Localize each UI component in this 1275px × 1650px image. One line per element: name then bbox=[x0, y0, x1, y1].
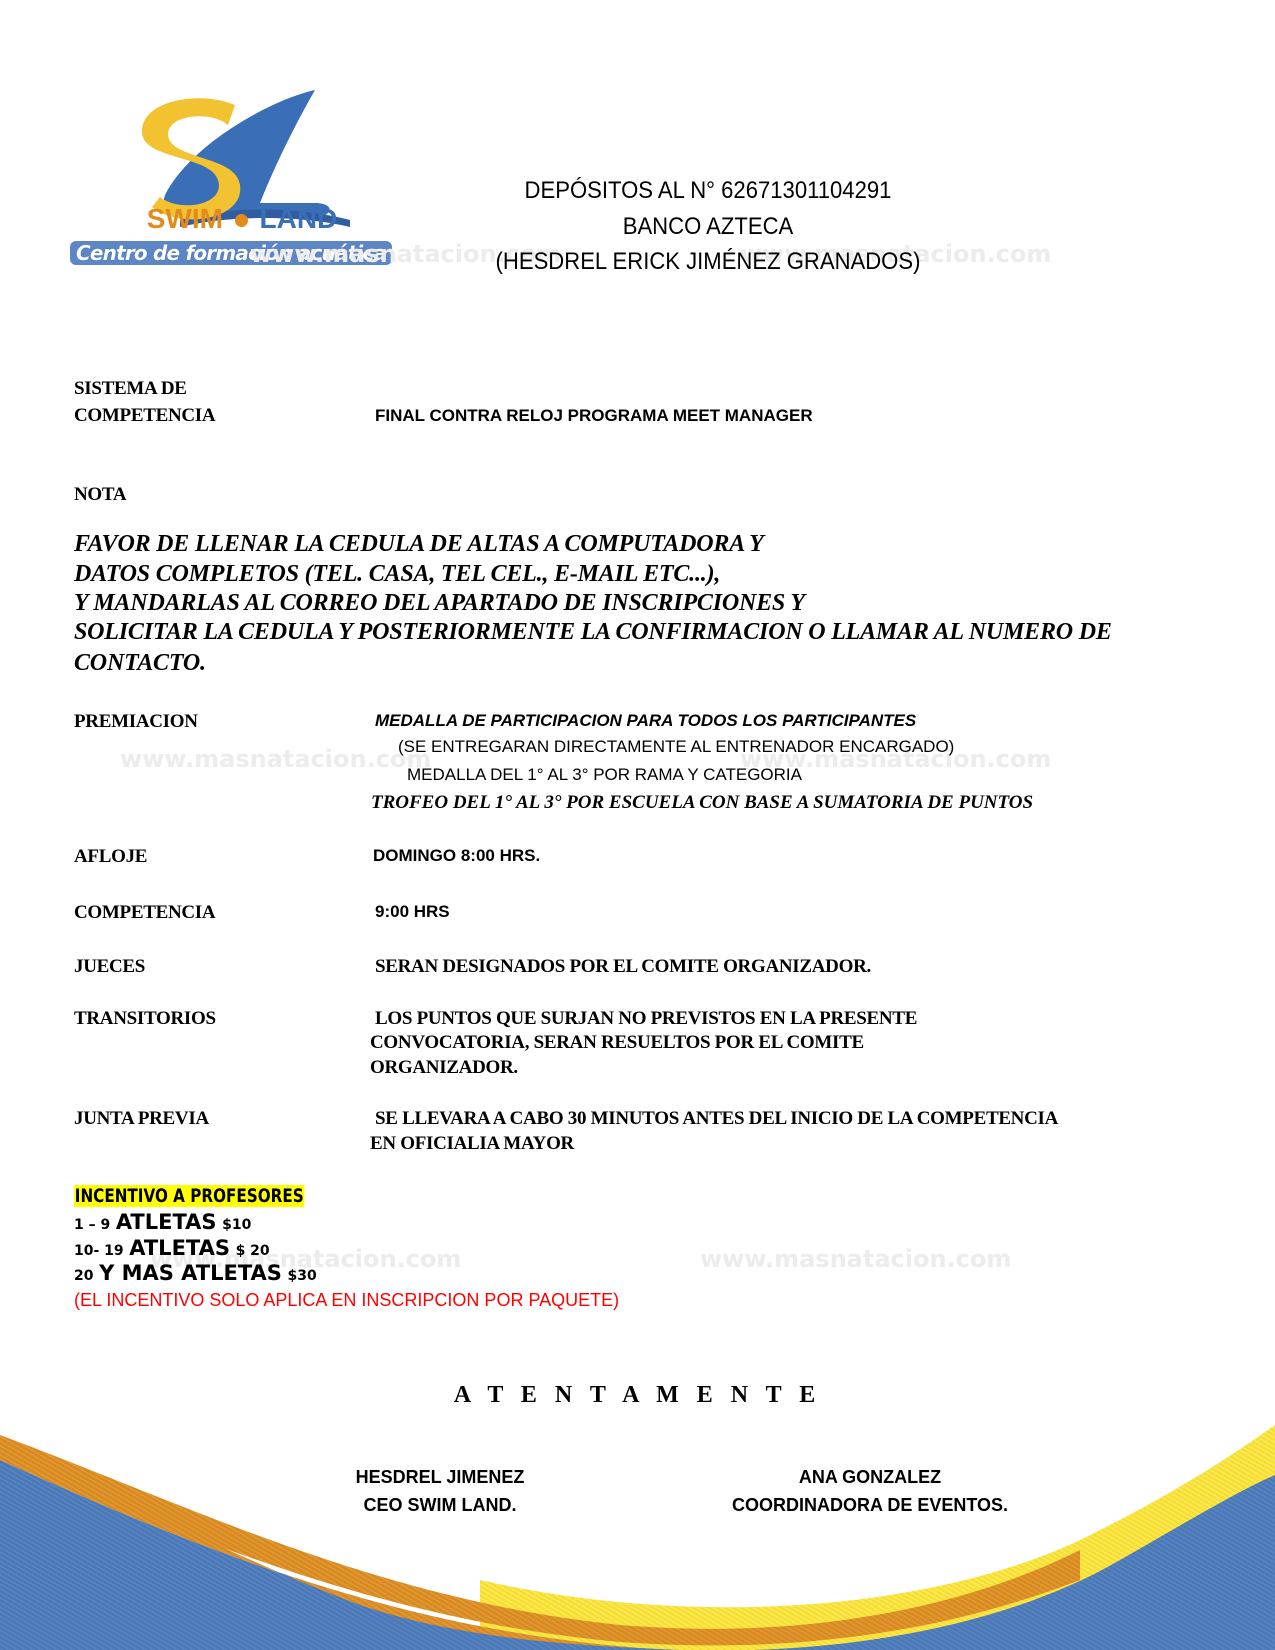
transitorios-line: CONVOCATORIA, SERAN RESUELTOS POR EL COM… bbox=[370, 1032, 864, 1054]
competencia-label: COMPETENCIA bbox=[74, 902, 215, 924]
signer-name: ANA GONZALEZ bbox=[700, 1467, 1040, 1488]
deposit-holder: (HESDREL ERICK JIMÉNEZ GRANADOS) bbox=[450, 248, 965, 276]
watermark: www.masnatacion.com bbox=[120, 745, 431, 773]
signer-title: COORDINADORA DE EVENTOS. bbox=[700, 1495, 1040, 1516]
signer-name: HESDREL JIMENEZ bbox=[320, 1467, 560, 1488]
sistema-label-1: SISTEMA DE bbox=[74, 378, 187, 400]
sistema-label-2: COMPETENCIA bbox=[74, 405, 215, 427]
deposit-account: DEPÓSITOS AL N° 62671301104291 bbox=[450, 177, 965, 205]
junta-label: JUNTA PREVIA bbox=[74, 1108, 209, 1130]
nota-label: NOTA bbox=[74, 484, 126, 506]
incentivo-note: (EL INCENTIVO SOLO APLICA EN INSCRIPCION… bbox=[74, 1290, 619, 1311]
jueces-value: SERAN DESIGNADOS POR EL COMITE ORGANIZAD… bbox=[375, 956, 871, 978]
incentivo-tier: 20 Y MAS ATLETAS $30 bbox=[74, 1261, 317, 1285]
jueces-label: JUECES bbox=[74, 956, 145, 978]
signer-title: CEO SWIM LAND. bbox=[320, 1495, 560, 1516]
logo-brand: SWIM LAND bbox=[122, 203, 362, 235]
afloje-label: AFLOJE bbox=[74, 846, 147, 868]
afloje-value: DOMINGO 8:00 HRS. bbox=[373, 846, 540, 866]
deposit-bank: BANCO AZTECA bbox=[450, 213, 965, 241]
junta-line: EN OFICIALIA MAYOR bbox=[370, 1133, 574, 1155]
premiacion-line: TROFEO DEL 1° AL 3° POR ESCUELA CON BASE… bbox=[371, 792, 1033, 814]
nota-line: DATOS COMPLETOS (TEL. CASA, TEL CEL., E-… bbox=[74, 561, 720, 588]
premiacion-line: MEDALLA DE PARTICIPACION PARA TODOS LOS … bbox=[375, 711, 916, 731]
competencia-value: 9:00 HRS bbox=[375, 902, 450, 922]
nota-line: FAVOR DE LLENAR LA CEDULA DE ALTAS A COM… bbox=[74, 531, 764, 558]
premiacion-line: (SE ENTREGARAN DIRECTAMENTE AL ENTRENADO… bbox=[398, 737, 954, 757]
footer-wave bbox=[0, 1380, 1275, 1650]
incentivo-tier: 10- 19 ATLETAS $ 20 bbox=[74, 1236, 270, 1260]
transitorios-line: ORGANIZADOR. bbox=[370, 1057, 518, 1079]
transitorios-label: TRANSITORIOS bbox=[74, 1008, 216, 1030]
watermark: www.masnatacion.com bbox=[700, 1245, 1011, 1273]
logo-dot-icon bbox=[235, 214, 248, 227]
transitorios-line: LOS PUNTOS QUE SURJAN NO PREVISTOS EN LA… bbox=[375, 1008, 917, 1030]
sistema-value: FINAL CONTRA RELOJ PROGRAMA MEET MANAGER bbox=[375, 406, 813, 426]
nota-line: CONTACTO. bbox=[74, 650, 206, 677]
premiacion-line: MEDALLA DEL 1° AL 3° POR RAMA Y CATEGORI… bbox=[407, 765, 802, 785]
nota-line: SOLICITAR LA CEDULA Y POSTERIORMENTE LA … bbox=[74, 619, 1112, 646]
nota-line: Y MANDARLAS AL CORREO DEL APARTADO DE IN… bbox=[74, 590, 805, 617]
incentivo-tier: 1 – 9 ATLETAS $10 bbox=[74, 1210, 251, 1234]
junta-line: SE LLEVARA A CABO 30 MINUTOS ANTES DEL I… bbox=[375, 1108, 1058, 1130]
closing-salutation: A T E N T A M E N T E bbox=[0, 1382, 1275, 1409]
incentivo-title: INCENTIVO A PROFESORES bbox=[74, 1185, 304, 1207]
premiacion-label: PREMIACION bbox=[74, 711, 198, 733]
